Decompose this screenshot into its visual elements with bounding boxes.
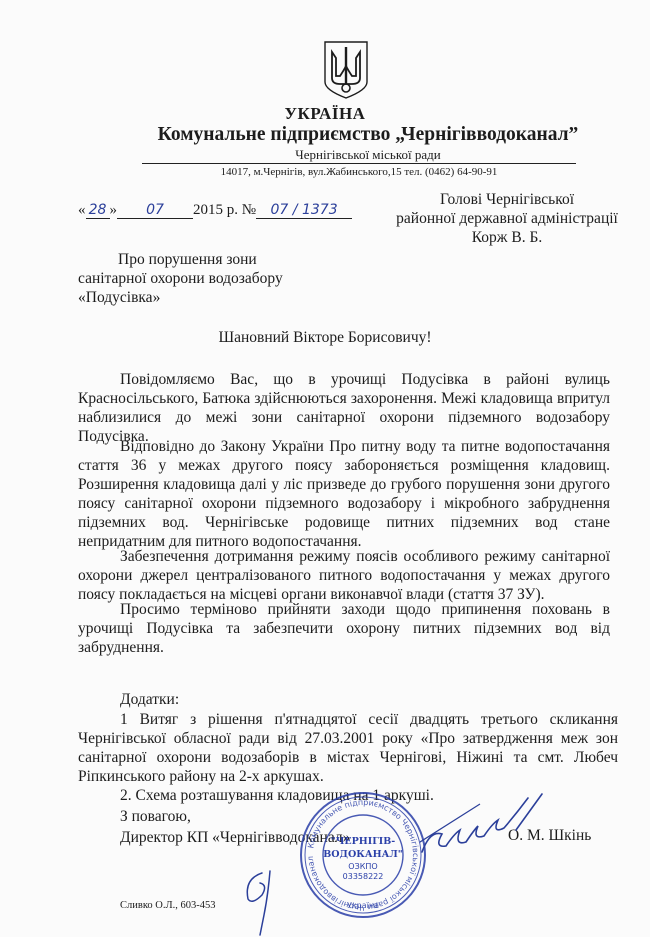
addressee-line: Корж В. Б. bbox=[392, 228, 622, 247]
letterhead-country: УКРАЇНА bbox=[0, 104, 650, 124]
addressee-line: районної державної адміністрації bbox=[392, 209, 622, 228]
letterhead-subordination: Чернігівської міської ради bbox=[148, 147, 588, 163]
subject-line: Про порушення зони bbox=[78, 250, 283, 269]
ukraine-trident-emblem-icon bbox=[322, 40, 370, 100]
addressee-block: Голові Чернігівської районної державної … bbox=[392, 190, 622, 247]
subject-line: санітарної охорони водозабору bbox=[78, 269, 283, 288]
addressee-line: Голові Чернігівської bbox=[392, 190, 622, 209]
executor-contact: Сливко О.Л., 603-453 bbox=[120, 900, 215, 911]
attachment-item: 1 Витяг з рішення п'ятнадцятої сесії два… bbox=[78, 710, 618, 786]
svg-text:03358222: 03358222 bbox=[343, 872, 384, 881]
body-paragraph: Відповідно до Закону України Про питну в… bbox=[78, 437, 610, 551]
director-signature bbox=[420, 790, 550, 860]
open-quote: « bbox=[78, 202, 86, 218]
body-paragraph: Просимо терміново прийняти заходи щодо п… bbox=[78, 600, 610, 657]
letterhead-address: 14017, м.Чернігів, вул.Жабинського,15 те… bbox=[142, 166, 576, 178]
svg-text:Україна: Україна bbox=[347, 901, 379, 910]
letterhead-divider bbox=[142, 163, 576, 164]
subject-block: Про порушення зони санітарної охорони во… bbox=[78, 250, 283, 307]
body-paragraph: Забезпечення дотримання режиму поясів ос… bbox=[78, 547, 610, 604]
salutation: Шановний Вікторе Борисовичу! bbox=[0, 329, 650, 347]
official-stamp: Комунальне підприємство Чернігівської мі… bbox=[298, 790, 428, 920]
outgoing-number: 07 / 1373 bbox=[256, 202, 352, 219]
svg-text:"ЧЕРНІГІВ-: "ЧЕРНІГІВ- bbox=[331, 836, 395, 847]
letterhead-organization: Комунальне підприємство „Чернігівводокан… bbox=[148, 124, 588, 146]
outgoing-day: 28 bbox=[86, 202, 110, 219]
subject-line: «Подусівка» bbox=[78, 288, 283, 307]
outgoing-month: 07 bbox=[117, 202, 193, 219]
svg-text:ОЗКПО: ОЗКПО bbox=[348, 862, 377, 871]
outgoing-year: 2015 р. № bbox=[193, 202, 256, 218]
svg-text:ВОДОКАНАЛ": ВОДОКАНАЛ" bbox=[323, 849, 403, 860]
outgoing-date-number: «28»072015 р. №07 / 1373 bbox=[78, 202, 352, 219]
close-quote: » bbox=[110, 202, 118, 218]
approval-initials bbox=[240, 865, 290, 937]
attachments-title: Додатки: bbox=[120, 691, 179, 709]
body-paragraph: Повідомляємо Вас, що в урочищі Подусівка… bbox=[78, 370, 610, 446]
